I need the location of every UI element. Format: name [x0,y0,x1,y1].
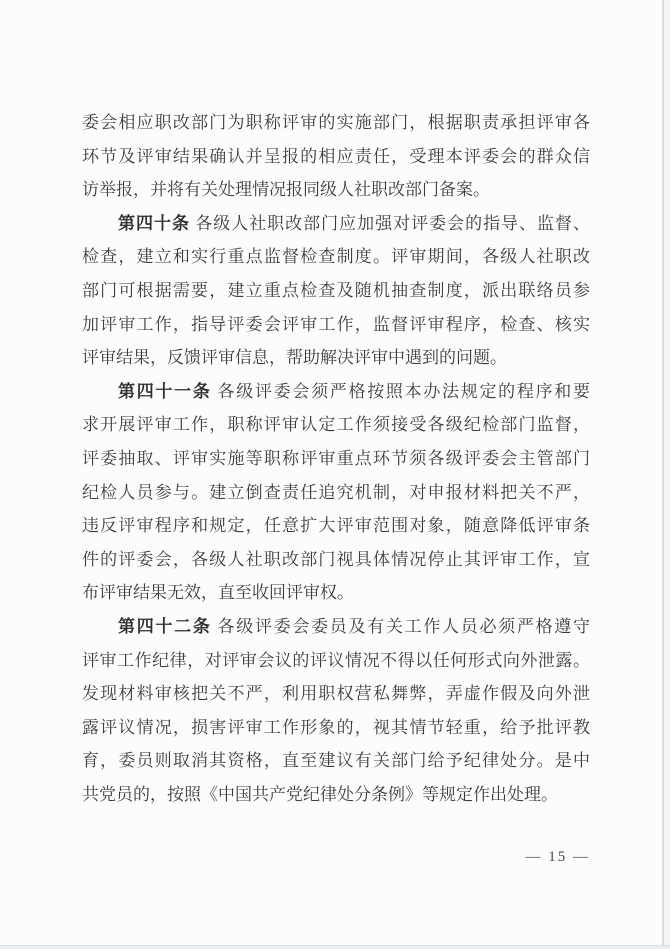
text-line: 露评议情况，损害评审工作形象的，视其情节轻重，给予批评教 [82,711,590,745]
page-number: — 15 — [82,847,590,867]
article-number: 第四十二条 [118,617,212,636]
text-line: 件的评委会，各级人社职改部门视具体情况停止其评审工作，宣 [82,543,590,577]
text-line: 评审结果，反馈评审信息，帮助解决评审中遇到的问题。 [82,341,590,375]
text-line: 第四十二条 各级评委会委员及有关工作人员必须严格遵守 [82,610,590,644]
text-line: 育，委员则取消其资格，直至建议有关部门给予纪律处分。是中 [82,744,590,778]
scanned-document-screenshot: { "document": { "paragraphs": [ { "lead"… [0,0,670,949]
text-line-content: 各级评委会须严格按照本办法规定的程序和要 [218,382,591,401]
document-page: 委会相应职改部门为职称评审的实施部门，根据职责承担评审各环节及评审结果确认并呈报… [0,0,670,949]
text-line: 检查，建立和实行重点监督检查制度。评审期间，各级人社职改 [82,240,590,274]
text-line: 发现材料审核把关不严，利用职权营私舞弊，弄虚作假及向外泄 [82,677,590,711]
article-number: 第四十一条 [118,382,212,401]
text-line: 求开展评审工作，职称评审认定工作须接受各级纪检部门监督， [82,408,590,442]
text-line-content: 各级评委会委员及有关工作人员必须严格遵守 [218,617,591,636]
text-line: 违反评审程序和规定，任意扩大评审范围对象，随意降低评审条 [82,509,590,543]
text-line: 第四十条 各级人社职改部门应加强对评委会的指导、监督、 [82,207,590,241]
text-line: 评审工作纪律，对评审会议的评议情况不得以任何形式向外泄露。 [82,644,590,678]
scan-bottom-edge-line [0,945,670,949]
text-line: 访举报，并将有关处理情况报同级人社职改部门备案。 [82,173,590,207]
scan-right-margin [663,0,670,949]
text-line-content: 各级人社职改部门应加强对评委会的指导、监督、 [195,214,590,233]
text-line: 评委抽取、评审实施等职称评审重点环节须各级评委会主管部门 [82,442,590,476]
text-line: 共党员的，按照《中国共产党纪律处分条例》等规定作出处理。 [82,778,590,812]
text-line: 纪检人员参与。建立倒查责任追究机制，对申报材料把关不严， [82,476,590,510]
text-line: 委会相应职改部门为职称评审的实施部门，根据职责承担评审各 [82,106,590,140]
document-body: 委会相应职改部门为职称评审的实施部门，根据职责承担评审各环节及评审结果确认并呈报… [82,106,590,811]
text-line: 环节及评审结果确认并呈报的相应责任，受理本评委会的群众信 [82,140,590,174]
article-number: 第四十条 [118,214,190,233]
text-line: 加评审工作，指导评委会评审工作，监督评审程序，检查、核实 [82,308,590,342]
text-line: 第四十一条 各级评委会须严格按照本办法规定的程序和要 [82,375,590,409]
text-line: 布评审结果无效，直至收回评审权。 [82,576,590,610]
text-line: 部门可根据需要，建立重点检查及随机抽查制度，派出联络员参 [82,274,590,308]
scan-right-edge-line [662,0,664,949]
